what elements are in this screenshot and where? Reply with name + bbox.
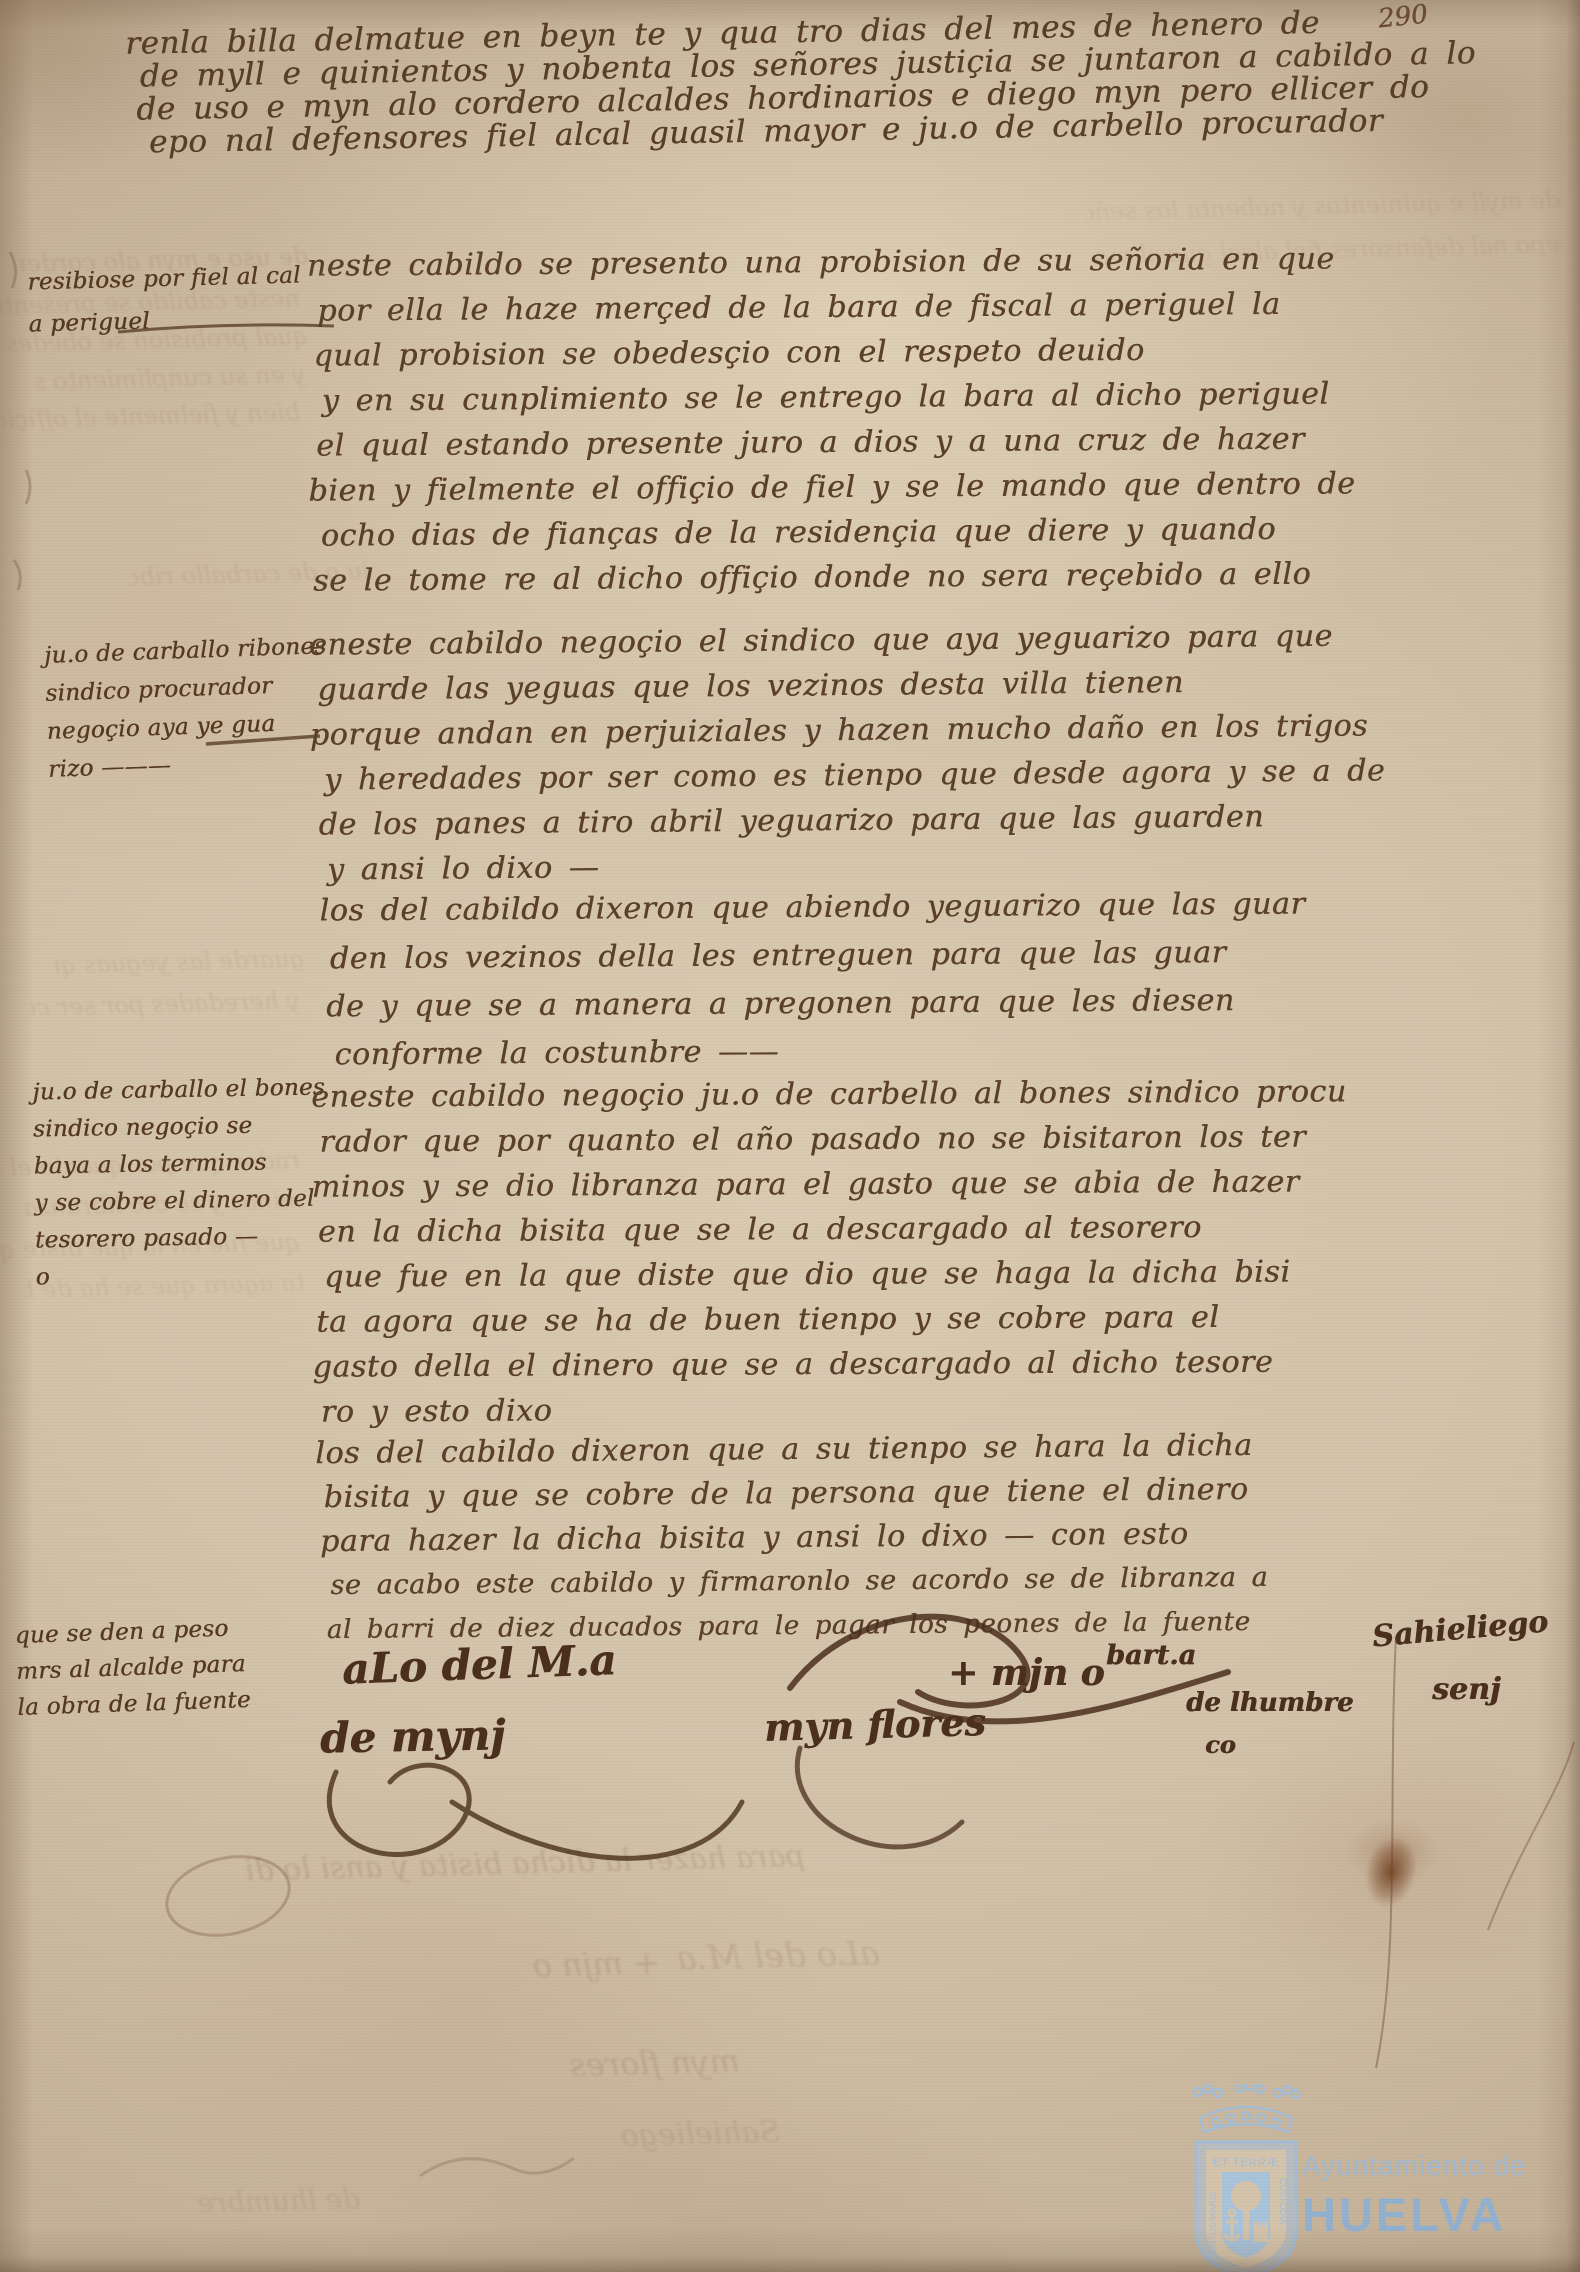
- body-line: de los panes a tiro abril yeguarizo para…: [318, 793, 1385, 847]
- bleedthrough-doodle: [420, 2158, 574, 2176]
- bleedthrough-text: guarde las yeguas que los vezinos desta …: [55, 945, 306, 980]
- signature: senj: [1432, 1672, 1501, 1707]
- body-line: que fue en la que diste que dio que se h…: [324, 1249, 1348, 1299]
- body-line: los del cabildo dixeron que abiendo yegu…: [319, 881, 1305, 936]
- watermark-text: Ayuntamiento de HUELVA: [1302, 2150, 1527, 2242]
- body-line: eneste cabildo negoçio el sindico que ay…: [309, 613, 1384, 667]
- margin-note-line: sindico negoçio se: [33, 1106, 326, 1148]
- shield-motto-top: ET TERRÆ: [1213, 2157, 1279, 2169]
- body-line: neste cabildo se presento una probision …: [307, 236, 1354, 288]
- shield-motto-right: CUSTODIA: [1278, 2178, 1288, 2224]
- body-paragraph: neste cabildo se presento una probision …: [307, 236, 1356, 603]
- margin-note: que se den a peso mrs al alcalde para la…: [14, 1610, 251, 1726]
- margin-note-line: baya a los terminos: [33, 1143, 326, 1185]
- bleedthrough-text: y en su cunplimiento se le entrego la ba…: [36, 360, 307, 395]
- bleedthrough-text: y heredades por ser como es tienpo que d…: [30, 986, 301, 1021]
- body-line: eneste cabildo negoçio ju.o de carbello …: [311, 1069, 1347, 1119]
- bleedthrough-text: de myll e quinientos y nobenta los señor…: [1085, 186, 1561, 226]
- body-line: por ella le haze merçed de la bara de fi…: [317, 281, 1354, 333]
- signature: de lhumbre: [1186, 1688, 1353, 1718]
- body-line: den los vezinos della les entreguen para…: [330, 929, 1306, 984]
- body-line: el qual estando presente juro a dios y a…: [316, 416, 1355, 468]
- bleedthrough-text: bien y fielmente el offiçio de fiel y se…: [0, 398, 300, 434]
- body-line: ta agora que se ha de buen tienpo y se c…: [316, 1294, 1348, 1344]
- bleedthrough-text: aLo del M.a: [520, 1933, 881, 1982]
- signature: Sahieliego: [1371, 1604, 1550, 1654]
- edge-marks: [10, 252, 30, 590]
- margin-note: ju.o de carballo el bones sindico negoçi…: [32, 1069, 328, 1296]
- huelva-coat-of-arms: ET TERRÆ PORTUS MARIS CUSTODIA: [1182, 2084, 1310, 2272]
- body-line: qual probision se obedesçio con el respe…: [313, 326, 1354, 378]
- margin-note: ju.o de carballo ribones sindico procura…: [43, 627, 330, 789]
- body-line: rador que por quanto el año pasado no se…: [319, 1114, 1347, 1164]
- crown-icon: [1194, 2084, 1300, 2132]
- margin-note-line: y se cobre el dinero del: [34, 1180, 327, 1222]
- signature-rubric: [797, 1748, 962, 1847]
- signature: aLo del M.a: [341, 1635, 617, 1694]
- body-line: en la dicha bisita que se le a descargad…: [318, 1204, 1348, 1254]
- header-paragraph: renla billa delmatue en beyn te y qua tr…: [125, 4, 1477, 160]
- margin-note-line: resibiose por fiel al cal: [27, 254, 301, 303]
- bleedthrough-doodle: [159, 1846, 296, 1946]
- signature: co: [1205, 1730, 1236, 1759]
- bleedthrough-text: para hazer la dicha bisita y ansi lo dix…: [245, 1839, 806, 1889]
- signature: + mjn o: [948, 1652, 1105, 1694]
- margin-note-line: a periguel: [28, 296, 302, 345]
- manuscript-page: 290 renla billa delmatue en beyn te y qu…: [0, 0, 1580, 2272]
- body-paragraph: los del cabildo dixeron que abiendo yegu…: [319, 881, 1306, 1080]
- pen-stroke: [1488, 1742, 1574, 1930]
- bleedthrough-text: + mjn o: [140, 1943, 661, 1995]
- shield-motto-left: PORTUS MARIS: [1208, 2192, 1218, 2260]
- bleedthrough-text: myn flores: [260, 2042, 741, 2093]
- margin-note-line: o: [35, 1254, 328, 1296]
- body-line: de y que se a manera a pregonen para que…: [326, 977, 1306, 1032]
- bleedthrough-text: Sahieliego: [360, 2115, 781, 2161]
- signature: bart.a: [1106, 1640, 1196, 1671]
- margin-note-line: tesorero pasado —: [35, 1217, 328, 1259]
- body-paragraph: eneste cabildo negoçio ju.o de carbello …: [311, 1069, 1348, 1434]
- watermark-city-name: HUELVA: [1302, 2187, 1527, 2242]
- body-line: y en su cunplimiento se le entrego la ba…: [322, 371, 1355, 423]
- body-line: gasto della el dinero que se a descargad…: [312, 1339, 1348, 1389]
- body-line: ocho dias de fianças de la residençia qu…: [321, 506, 1356, 558]
- watermark-org-name: Ayuntamiento de: [1302, 2150, 1527, 2182]
- signature: de mynj: [320, 1710, 506, 1762]
- signature: myn flores: [763, 1699, 986, 1750]
- body-paragraph: eneste cabildo negoçio el sindico que ay…: [309, 613, 1386, 892]
- body-line: minos y se dio libranza para el gasto qu…: [312, 1159, 1348, 1209]
- margin-note-line: la obra de la fuente: [17, 1682, 252, 1726]
- bleedthrough-text: de lhumbre: [60, 2182, 361, 2223]
- body-line: bien y fielmente el offiçio de fiel y se…: [308, 461, 1355, 513]
- margin-note: resibiose por fiel al cal a periguel: [27, 254, 302, 345]
- margin-note-line: ju.o de carballo el bones: [32, 1069, 325, 1111]
- body-paragraph: los del cabildo dixeron que a su tienpo …: [315, 1424, 1269, 1652]
- signature-rubric: [329, 1765, 742, 1858]
- body-line: se le tome re al dicho offiçio donde no …: [313, 551, 1356, 603]
- tower-icon: [1254, 2222, 1268, 2242]
